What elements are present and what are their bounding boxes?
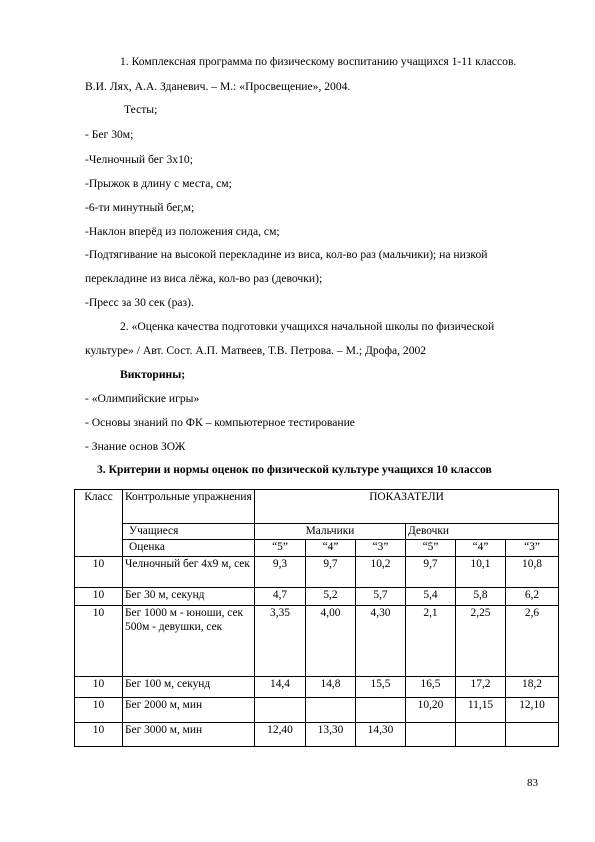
indicators-header: ПОКАЗАТЕЛИ bbox=[255, 490, 559, 524]
table-row: 10Бег 2000 м, мин10,2011,1512,10 bbox=[75, 698, 559, 723]
row-value: 12,40 bbox=[255, 723, 306, 747]
test-item: -Подтягивание на высокой перекладине из … bbox=[85, 248, 487, 262]
grade-girls-5: “5” bbox=[406, 540, 456, 557]
row-value: 14,30 bbox=[356, 723, 406, 747]
girls-label: Девочки bbox=[406, 524, 559, 540]
row-value: 2,25 bbox=[456, 606, 506, 677]
test-item: -6-ти минутный бег,м; bbox=[85, 201, 194, 215]
table-row: 10Бег 3000 м, мин12,4013,3014,30 bbox=[75, 723, 559, 747]
test-item: -Челночный бег 3х10; bbox=[85, 153, 193, 167]
row-class: 10 bbox=[75, 698, 123, 723]
row-value: 10,20 bbox=[406, 698, 456, 723]
row-value: 2,6 bbox=[506, 606, 559, 677]
row-exercise: Бег 3000 м, мин bbox=[123, 723, 255, 747]
test-item: -Пресс за 30 сек (раз). bbox=[85, 296, 194, 310]
exercises-header: Контрольные упражнения bbox=[123, 490, 255, 524]
grade-girls-3: “3” bbox=[506, 540, 559, 557]
row-value bbox=[306, 698, 356, 723]
row-value: 10,1 bbox=[456, 557, 506, 588]
row-exercise: Челночный бег 4х9 м, сек bbox=[123, 557, 255, 588]
norms-table: Класс Контрольные упражнения ПОКАЗАТЕЛИ … bbox=[74, 489, 559, 747]
row-value: 9,7 bbox=[406, 557, 456, 588]
row-exercise: Бег 2000 м, мин bbox=[123, 698, 255, 723]
row-class: 10 bbox=[75, 606, 123, 677]
table-row: 10Бег 1000 м - юноши, сек 500м - девушки… bbox=[75, 606, 559, 677]
row-value: 2,1 bbox=[406, 606, 456, 677]
test-item: -Прыжок в длину с места, см; bbox=[85, 177, 232, 191]
page-number: 83 bbox=[527, 777, 538, 789]
reference-1-authors: В.И. Лях, А.А. Зданевич. – М.: «Просвеще… bbox=[85, 80, 350, 94]
grade-girls-4: “4” bbox=[456, 540, 506, 557]
row-value: 9,3 bbox=[255, 557, 306, 588]
reference-2-authors: культуре» / Авт. Сост. А.П. Матвеев, Т.В… bbox=[85, 344, 426, 358]
tests-heading: Тесты; bbox=[124, 103, 157, 117]
row-value: 10,2 bbox=[356, 557, 406, 588]
row-value: 5,4 bbox=[406, 588, 456, 606]
row-value: 13,30 bbox=[306, 723, 356, 747]
test-item: -Наклон вперёд из положения сида, см; bbox=[85, 225, 280, 239]
row-value: 4,30 bbox=[356, 606, 406, 677]
row-exercise: Бег 100 м, секунд bbox=[123, 677, 255, 698]
row-value: 10,8 bbox=[506, 557, 559, 588]
row-value: 3,35 bbox=[255, 606, 306, 677]
row-value: 5,2 bbox=[306, 588, 356, 606]
row-value: 5,8 bbox=[456, 588, 506, 606]
quiz-item: - «Олимпийские игры» bbox=[85, 392, 199, 406]
row-value: 14,4 bbox=[255, 677, 306, 698]
row-value: 14,8 bbox=[306, 677, 356, 698]
reference-2-title: 2. «Оценка качества подготовки учащихся … bbox=[120, 320, 494, 334]
row-value: 5,7 bbox=[356, 588, 406, 606]
row-value: 11,15 bbox=[456, 698, 506, 723]
row-value bbox=[356, 698, 406, 723]
quiz-item: - Знание основ ЗОЖ bbox=[85, 440, 185, 454]
row-value: 12,10 bbox=[506, 698, 559, 723]
class-header: Класс bbox=[75, 490, 123, 557]
table-row: 10Бег 100 м, секунд14,414,815,516,517,21… bbox=[75, 677, 559, 698]
row-value: 16,5 bbox=[406, 677, 456, 698]
quiz-heading: Викторины; bbox=[120, 368, 185, 382]
row-class: 10 bbox=[75, 723, 123, 747]
row-value bbox=[406, 723, 456, 747]
row-value: 6,2 bbox=[506, 588, 559, 606]
section-3-heading: 3. Критерии и нормы оценок по физической… bbox=[97, 463, 492, 477]
row-value: 15,5 bbox=[356, 677, 406, 698]
row-value bbox=[456, 723, 506, 747]
test-item: перекладине из виса лёжа, кол-во раз (де… bbox=[85, 272, 322, 286]
grade-boys-4: “4” bbox=[306, 540, 356, 557]
students-label: Учащиеся bbox=[123, 524, 255, 540]
row-value bbox=[255, 698, 306, 723]
row-value: 9,7 bbox=[306, 557, 356, 588]
row-value: 17,2 bbox=[456, 677, 506, 698]
quiz-item: - Основы знаний по ФК – компьютерное тес… bbox=[85, 416, 355, 430]
row-class: 10 bbox=[75, 557, 123, 588]
row-value: 4,7 bbox=[255, 588, 306, 606]
table-row: 10Бег 30 м, секунд4,75,25,75,45,86,2 bbox=[75, 588, 559, 606]
grade-boys-5: “5” bbox=[255, 540, 306, 557]
row-class: 10 bbox=[75, 677, 123, 698]
row-class: 10 bbox=[75, 588, 123, 606]
grade-label: Оценка bbox=[123, 540, 255, 557]
row-exercise: Бег 1000 м - юноши, сек 500м - девушки, … bbox=[123, 606, 255, 677]
row-value: 18,2 bbox=[506, 677, 559, 698]
test-item: - Бег 30м; bbox=[85, 128, 133, 142]
row-exercise: Бег 30 м, секунд bbox=[123, 588, 255, 606]
reference-1-title: 1. Комплексная программа по физическому … bbox=[120, 55, 516, 69]
row-value: 4,00 bbox=[306, 606, 356, 677]
boys-label: Мальчики bbox=[255, 524, 406, 540]
row-value bbox=[506, 723, 559, 747]
grade-boys-3: “3” bbox=[356, 540, 406, 557]
table-row: 10Челночный бег 4х9 м, сек9,39,710,29,71… bbox=[75, 557, 559, 588]
